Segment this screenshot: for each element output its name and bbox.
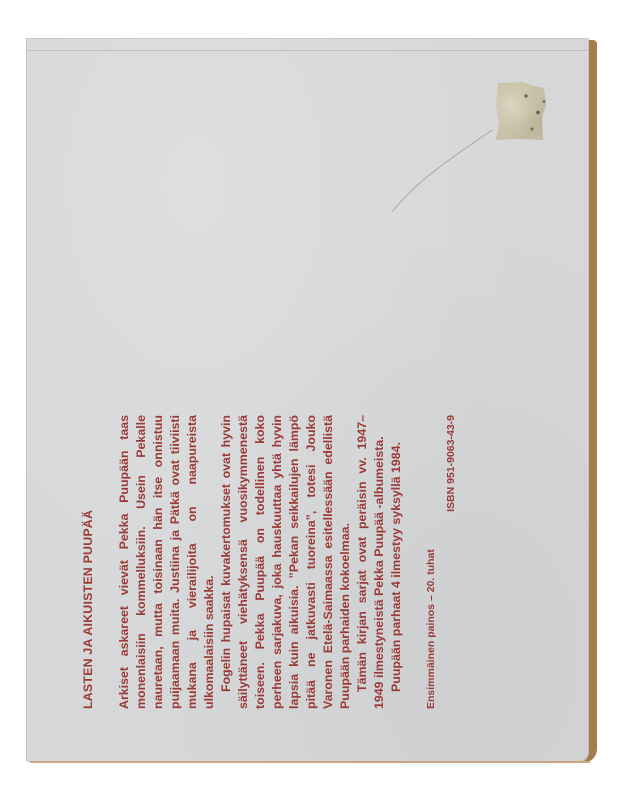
book-bottom-edge <box>30 761 590 763</box>
back-cover-text: LASTEN JA AIKUISTEN PUUPÄÄ Arkiset askar… <box>80 415 458 709</box>
cover-fold-line <box>26 50 589 51</box>
blurb-paragraph-1: Arkiset askareet vievät Pekka Puupään ta… <box>116 415 218 709</box>
edition-note: Ensimmäinen painos – 20. tuhat <box>423 415 440 709</box>
cover-heading: LASTEN JA AIKUISTEN PUUPÄÄ <box>80 415 97 709</box>
isbn: ISBN 951-9063-43-9 <box>444 415 458 709</box>
sticker-debris <box>520 85 550 140</box>
blurb-paragraph-3: Tämän kirjan sarjat ovat peräisin vv. 19… <box>354 415 388 709</box>
scratch-mark <box>388 120 508 220</box>
blurb-paragraph-4: Puupään parhaat 4 ilmestyy syksyllä 1984… <box>388 415 405 709</box>
blurb-paragraph-2: Fogelin hupaisat kuvakertomukset ovat hy… <box>218 415 354 709</box>
